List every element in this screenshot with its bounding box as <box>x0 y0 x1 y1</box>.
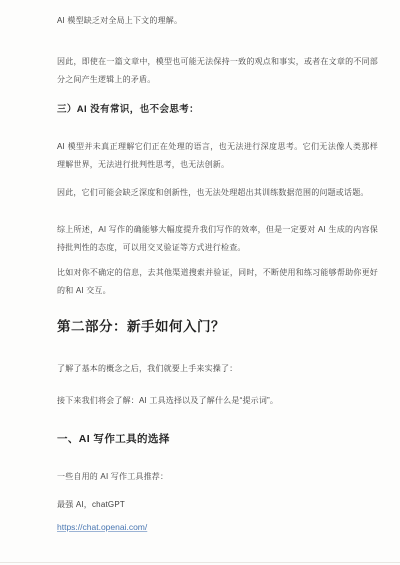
paragraph-summary-critical: 综上所述，AI 写作的确能够大幅度提升我们写作的效率，但是一定要对 AI 生成的… <box>57 221 378 257</box>
page-break-divider <box>0 562 400 563</box>
paragraph-tool-recommend: 一些自用的 AI 写作工具推荐： <box>57 468 378 486</box>
paragraph-next-topics: 接下来我们将会了解：AI 工具选择以及了解什么是“提示词”。 <box>57 392 378 410</box>
chapter-heading-part2: 第二部分：新手如何入门？ <box>57 317 378 337</box>
paragraph-verify-info: 比如对你不确定的信息，去其他渠道搜索并验证，同时，不断使用和练习能够帮助你更好的… <box>57 264 378 300</box>
paragraph-no-understanding: AI 模型并未真正理解它们正在处理的语言，也无法进行深度思考。它们无法像人类那样… <box>57 138 378 174</box>
paragraph-lack-depth: 因此，它们可能会缺乏深度和创新性，也无法处理超出其训练数据范围的问题或话题。 <box>57 184 378 202</box>
paragraph-hands-on: 了解了基本的概念之后，我们就要上手来实操了： <box>57 360 378 378</box>
chatgpt-link[interactable]: https://chat.openai.com/ <box>57 518 147 536</box>
section-heading-tool-choice: 一、AI 写作工具的选择 <box>57 431 378 447</box>
section-heading-no-common-sense: 三）AI 没有常识，也不会思考： <box>57 103 378 117</box>
paragraph-chatgpt: 最强 AI，chatGPT <box>57 496 378 514</box>
paragraph-global-context: AI 模型缺乏对全局上下文的理解。 <box>57 12 378 30</box>
document-page: AI 模型缺乏对全局上下文的理解。 因此，即使在一篇文章中，模型也可能无法保持一… <box>0 0 400 565</box>
paragraph-consistency: 因此，即使在一篇文章中，模型也可能无法保持一致的观点和事实，或者在文章的不同部分… <box>57 53 378 89</box>
